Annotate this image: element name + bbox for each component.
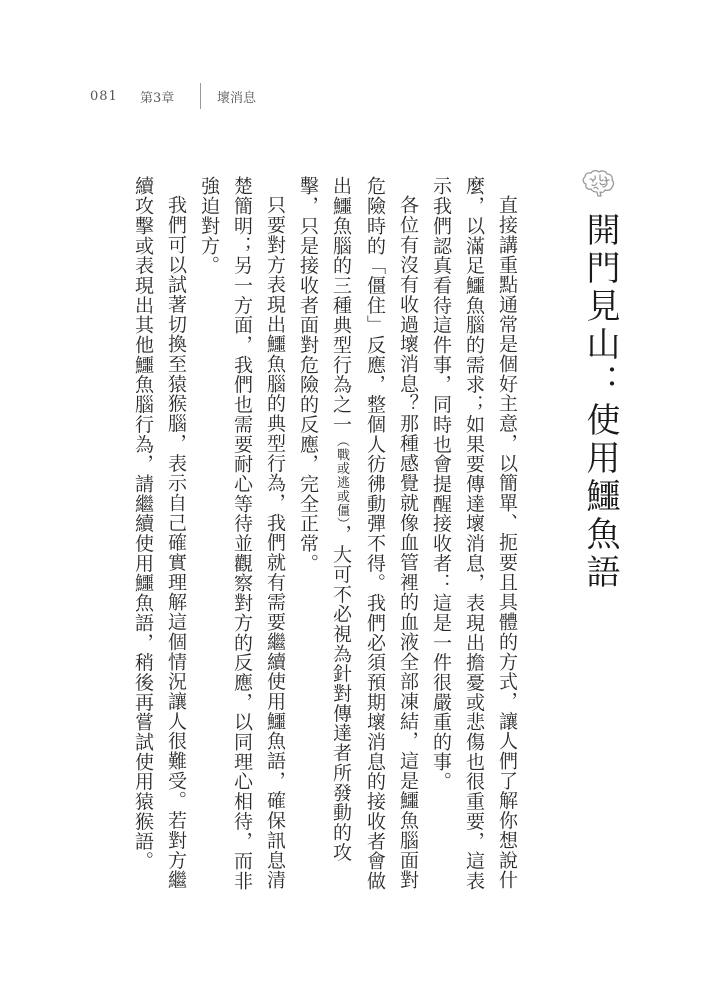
paragraph: 我們可以試著切換至猿猴腦，表示自己確實理解這個情況讓人很難受。若對方繼續攻擊或表… <box>126 176 192 898</box>
paragraph: 只要對方表現出鱷魚腦的典型行為，我們就有需要繼續使用鱷魚語，確保訊息清楚簡明；另… <box>192 176 291 898</box>
running-header: 081 第3章 壞消息 <box>90 84 256 108</box>
heading-text: 開門見山：使用鱷魚語 <box>578 212 622 592</box>
section-heading: 開門見山：使用鱷魚語 <box>578 168 622 592</box>
chapter-label: 第3章 <box>140 87 190 106</box>
paragraph: 直接講重點通常是個好主意，以簡單、扼要且具體的方式，讓人們了解你想說什麼，以滿足… <box>424 176 523 898</box>
paragraph: 各位有沒有收過壞消息？那種感覺就像血管裡的血液全部凍結，這是鱷魚腦面對危險時的「… <box>291 176 424 898</box>
section-label: 壞消息 <box>217 87 256 106</box>
brain-icon <box>580 168 620 200</box>
body-text: 直接講重點通常是個好主意，以簡單、扼要且具體的方式，讓人們了解你想說什麼，以滿足… <box>126 176 523 898</box>
page-number: 081 <box>90 89 140 104</box>
header-divider <box>200 83 201 109</box>
aside-note: （戰或逃或僵） <box>334 434 349 524</box>
